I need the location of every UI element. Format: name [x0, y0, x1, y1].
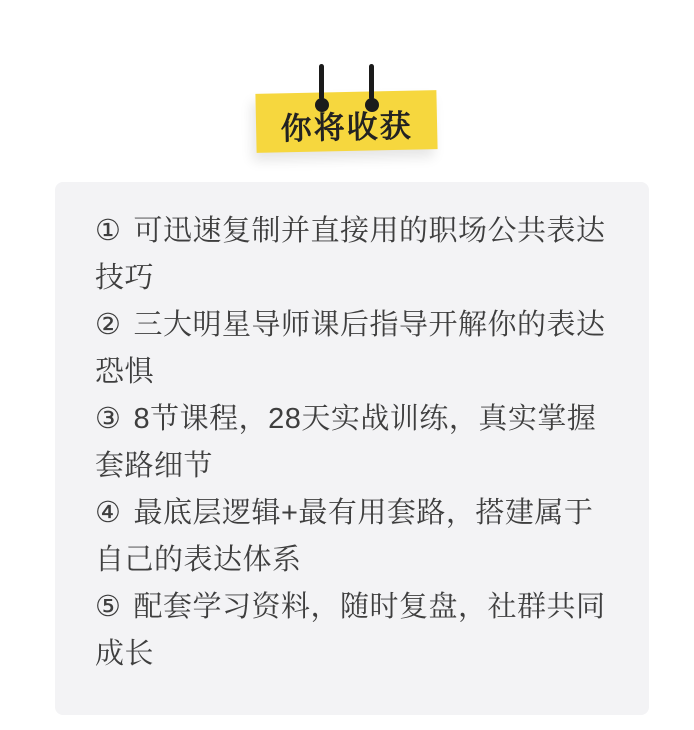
pushpin-icon [369, 64, 374, 100]
list-item: ②三大明星导师课后指导开解你的表达恐惧 [95, 302, 613, 396]
circled-number-icon: ① [95, 208, 122, 255]
list-item: ⑤配套学习资料，随时复盘，社群共同成长 [95, 584, 613, 678]
circled-number-icon: ② [95, 302, 122, 349]
list-item: ④最底层逻辑+最有用套路，搭建属于自己的表达体系 [95, 490, 613, 584]
list-item: ③8节课程，28天实战训练，真实掌握套路细节 [95, 396, 613, 490]
benefit-text: 配套学习资料，随时复盘，社群共同成长 [95, 591, 606, 670]
list-item: ①可迅速复制并直接用的职场公共表达技巧 [95, 208, 613, 302]
header-badge: 你将收获 [255, 90, 437, 153]
promo-poster: 你将收获 ①可迅速复制并直接用的职场公共表达技巧 ②三大明星导师课后指导开解你的… [0, 0, 694, 730]
benefit-text: 8节课程，28天实战训练，真实掌握套路细节 [95, 403, 596, 482]
benefits-card: ①可迅速复制并直接用的职场公共表达技巧 ②三大明星导师课后指导开解你的表达恐惧 … [55, 182, 649, 715]
benefit-text: 最底层逻辑+最有用套路，搭建属于自己的表达体系 [95, 497, 593, 576]
benefit-text: 可迅速复制并直接用的职场公共表达技巧 [95, 215, 606, 294]
circled-number-icon: ③ [95, 396, 122, 443]
pushpin-icon [319, 64, 324, 100]
circled-number-icon: ⑤ [95, 584, 122, 631]
benefit-text: 三大明星导师课后指导开解你的表达恐惧 [95, 309, 606, 388]
circled-number-icon: ④ [95, 490, 122, 537]
page-title: 你将收获 [280, 95, 413, 149]
